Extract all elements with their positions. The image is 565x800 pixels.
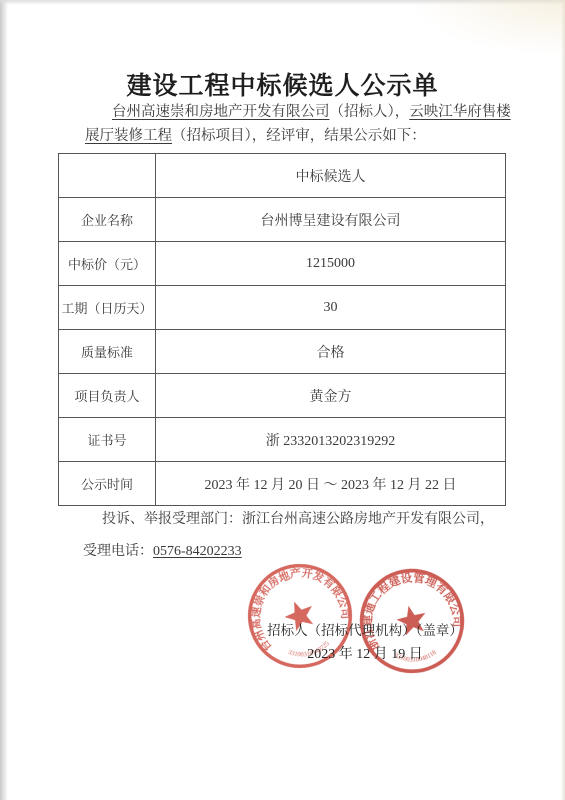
scan-edge-right xyxy=(561,0,565,800)
project-name-part1: 云映江华府售楼 xyxy=(409,104,511,120)
document-page: 建设工程中标候选人公示单 台州高速崇和房地产开发有限公司（招标人），云映江华府售… xyxy=(0,0,565,800)
table-corner-cell xyxy=(59,154,156,198)
stamp-caption-line: 招标人（招标代理机构）（盖章） xyxy=(262,619,468,639)
candidates-table: 中标候选人 企业名称 台州博呈建设有限公司 中标价（元） 1215000 工期（… xyxy=(58,153,506,506)
row-value-duration: 30 xyxy=(156,286,506,330)
row-value-quality: 合格 xyxy=(156,330,506,374)
row-label-manager: 项目负责人 xyxy=(59,374,156,418)
table-header-cell: 中标候选人 xyxy=(156,154,506,198)
tenderer-name: 台州高速崇和房地产开发有限公司 xyxy=(112,104,330,120)
row-value-publicity-period: 2023 年 12 月 20 日 ～ 2023 年 12 月 22 日 xyxy=(156,462,506,506)
phone-label: 受理电话： xyxy=(83,544,153,559)
complaint-line: 投诉、举报受理部门：浙江台州高速公路房地产开发有限公司， xyxy=(102,508,494,528)
tenderer-suffix: （招标人）， xyxy=(330,104,410,120)
intro-line-2: 展厅装修工程（招标项目），经评审，结果公示如下： xyxy=(85,124,510,148)
phone-line: 受理电话：0576-84202233 xyxy=(83,540,242,560)
row-value-company: 台州博呈建设有限公司 xyxy=(156,198,506,242)
row-value-bid-price: 1215000 xyxy=(156,242,506,286)
row-value-certificate: 浙 2332013202319292 xyxy=(156,418,506,462)
official-seal-left: 台州高速崇和房地产开发有限公司 33100310149725 xyxy=(228,544,371,687)
row-label-company: 企业名称 xyxy=(59,198,156,242)
intro-rest: （招标项目），经评审，结果公示如下： xyxy=(172,128,426,144)
row-label-certificate: 证书号 xyxy=(59,418,156,462)
row-label-bid-price: 中标价（元） xyxy=(59,242,156,286)
project-name-part2: 展厅装修工程 xyxy=(85,128,172,144)
row-label-quality: 质量标准 xyxy=(59,330,156,374)
row-label-publicity-period: 公示时间 xyxy=(59,462,156,506)
page-title: 建设工程中标候选人公示单 xyxy=(0,66,565,102)
row-value-manager: 黄金方 xyxy=(156,374,506,418)
intro-line-1: 台州高速崇和房地产开发有限公司（招标人），云映江华府售楼 xyxy=(85,100,510,124)
row-label-duration: 工期（日历天） xyxy=(59,286,156,330)
phone-number: 0576-84202233 xyxy=(153,544,242,559)
intro-paragraph: 台州高速崇和房地产开发有限公司（招标人），云映江华府售楼 展厅装修工程（招标项目… xyxy=(85,100,510,148)
scan-edge-left xyxy=(0,0,8,800)
stamp-date-line: 2023 年 12 月 19 日 xyxy=(262,643,468,663)
scan-corner-tint xyxy=(415,0,565,55)
